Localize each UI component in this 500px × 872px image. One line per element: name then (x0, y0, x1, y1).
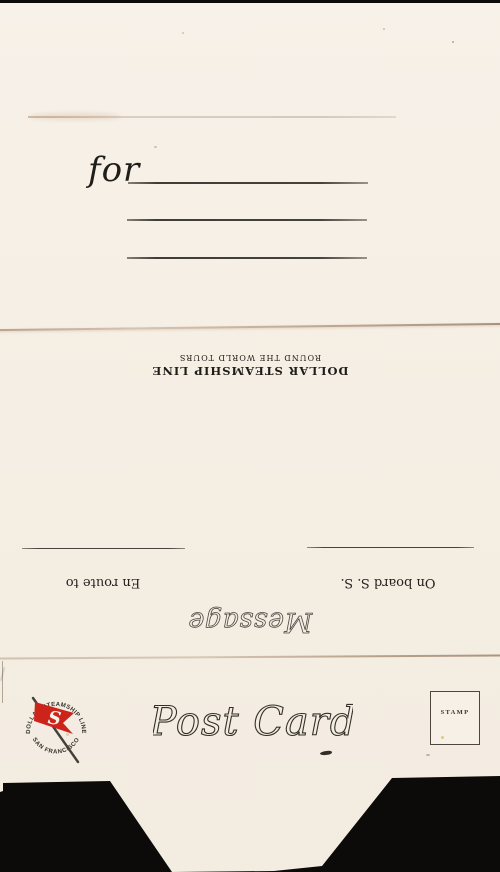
on-board-label: On board S. S. (333, 575, 443, 590)
brand-subtitle: ROUND THE WORLD TOURS (140, 351, 360, 363)
pencil-mark (0, 667, 12, 683)
brand-title: DOLLAR STEAMSHIP LINE (140, 363, 360, 378)
for-label: for (88, 150, 140, 190)
message-text: Message (188, 606, 313, 637)
logo-arc-bottom-text: SAN FRANCISCO (31, 737, 81, 756)
on-board-line (307, 547, 474, 548)
address-line-1 (128, 182, 368, 184)
en-route-line (22, 548, 185, 549)
postcard-text: Post Card (153, 699, 353, 745)
message-heading: Message (167, 600, 332, 644)
paper-speck (182, 32, 184, 34)
paper-speck (426, 754, 430, 756)
stamp-box: STAMP (430, 691, 480, 745)
svg-text:SAN FRANCISCO: SAN FRANCISCO (31, 737, 81, 756)
en-route-label: En route to (48, 575, 158, 590)
address-line-3 (127, 257, 367, 259)
paper-speck (154, 146, 157, 148)
brand-block: DOLLAR STEAMSHIP LINE ROUND THE WORLD TO… (140, 345, 360, 378)
paper-speck (452, 41, 454, 43)
postcard-heading: Post Card (153, 693, 353, 751)
fold-crease-top (28, 116, 396, 118)
fold-crease-stain (30, 113, 120, 120)
fold-crease-middle (0, 323, 500, 331)
ink-speck (320, 750, 332, 755)
steamship-line-logo: DOLLAR STEAMSHIP LINE SAN FRANCISCO S (22, 691, 92, 767)
paper-speck (383, 28, 385, 30)
stamp-label: STAMP (431, 709, 479, 716)
paper-speck (66, 733, 69, 736)
fold-crease-bottom (0, 654, 500, 659)
address-line-2 (127, 219, 367, 221)
paper-speck (441, 736, 444, 739)
postcard-scan: for DOLLAR STEAMSHIP LINE ROUND THE WORL… (0, 0, 500, 872)
